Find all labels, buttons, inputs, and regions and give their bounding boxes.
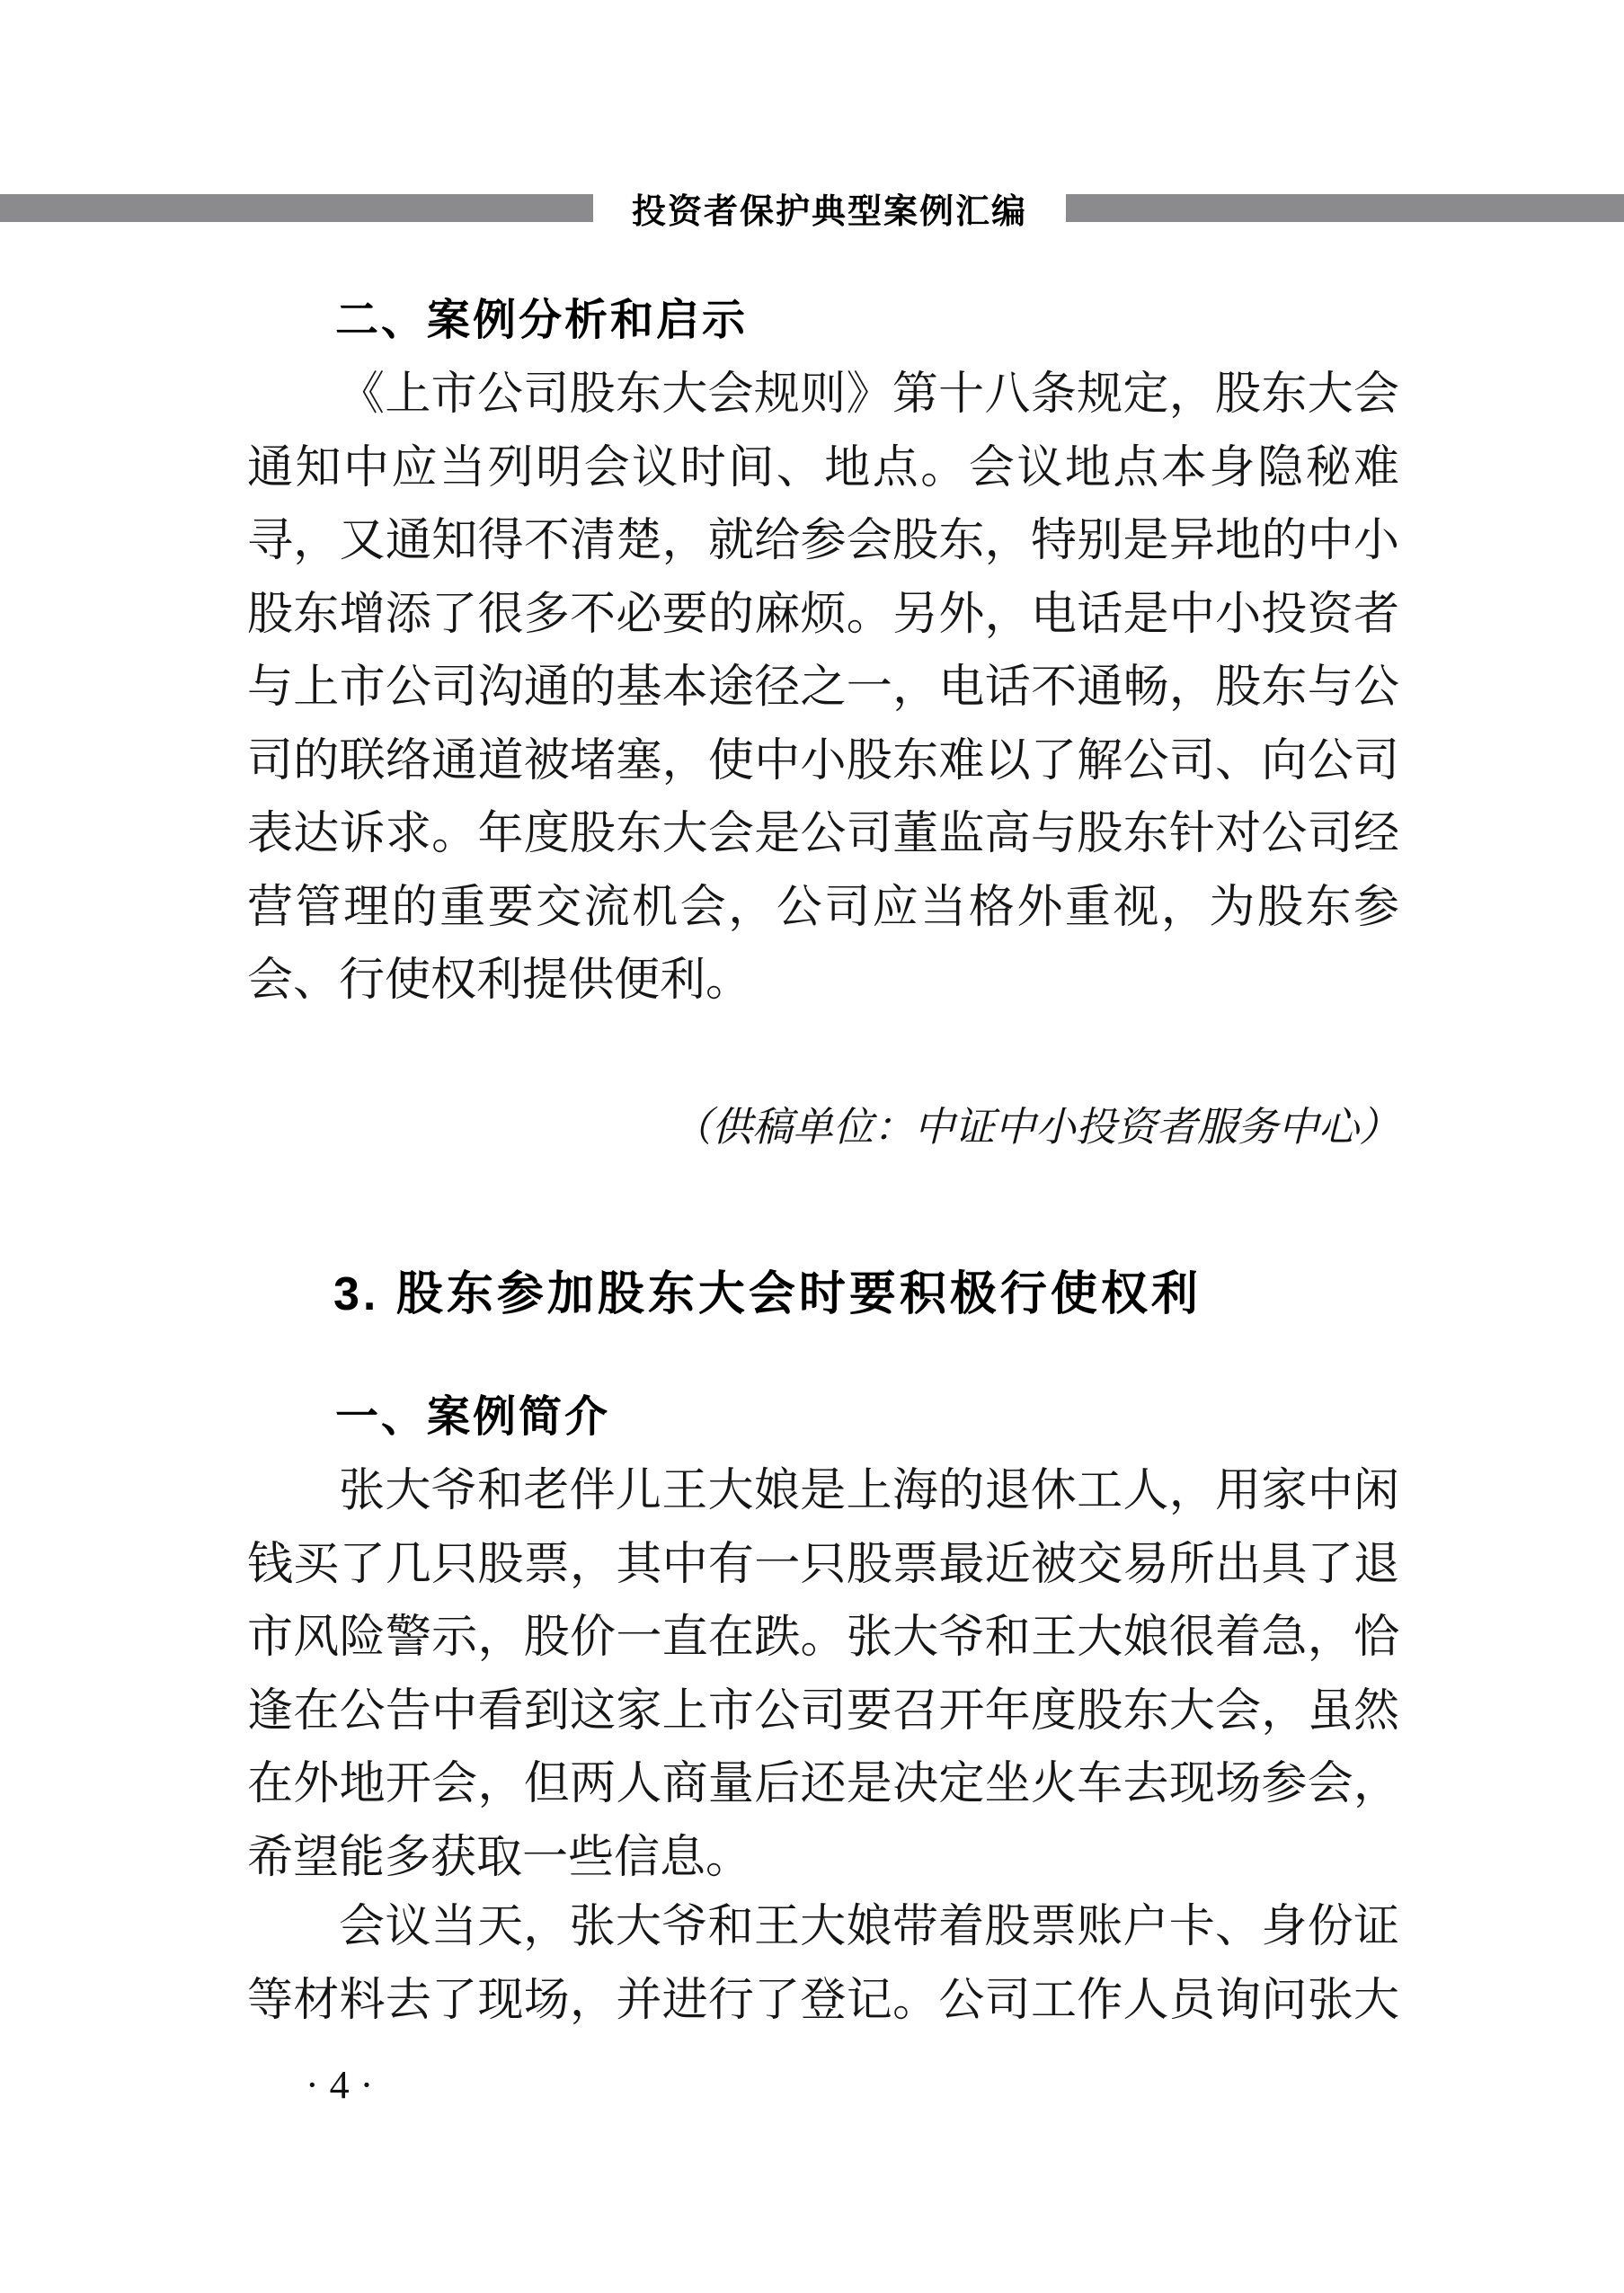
section-heading-analysis: 二、案例分析和启示 bbox=[247, 295, 1487, 347]
running-head-title: 投资者保护典型案例汇编 bbox=[593, 192, 1066, 232]
text-line: 寻，又通知得不清楚，就给参会股东，特别是异地的中小 bbox=[247, 505, 1399, 579]
text-line: 在外地开会，但两人商量后还是决定坐火车去现场参会， bbox=[247, 1748, 1399, 1822]
text-line: 希望能多获取一些信息。 bbox=[247, 1822, 1399, 1896]
text-line: 逢在公告中看到这家上市公司要召开年度股东大会，虽然 bbox=[247, 1675, 1399, 1749]
case-title: 3. 股东参加股东大会时要积极行使权利 bbox=[247, 1266, 1486, 1323]
text-line: 会、行使权利提供便利。 bbox=[247, 945, 1399, 1018]
text-line: 营管理的重要交流机会，公司应当格外重视，为股东参 bbox=[247, 872, 1399, 946]
page-number: ·4· bbox=[306, 2060, 384, 2111]
header-rule-right bbox=[1066, 194, 1624, 222]
text-line: 表达诉求。年度股东大会是公司董监高与股东针对公司经 bbox=[247, 798, 1399, 872]
text-line: 钱买了几只股票，其中有一只股票最近被交易所出具了退 bbox=[247, 1529, 1399, 1603]
text-line: 通知中应当列明会议时间、地点。会议地点本身隐秘难 bbox=[247, 432, 1399, 506]
text-line: 司的联络通道被堵塞，使中小股东难以了解公司、向公司 bbox=[247, 725, 1399, 799]
section-heading-intro: 一、案例简介 bbox=[247, 1391, 1487, 1444]
text-line: 会议当天，张大爷和王大娘带着股票账户卡、身份证 bbox=[247, 1891, 1399, 1965]
document-page: 投资者保护典型案例汇编 二、案例分析和启示 《上市公司股东大会规则》第十八条规定… bbox=[0, 0, 1624, 2293]
intro-paragraph-2: 会议当天，张大爷和王大娘带着股票账户卡、身份证等材料去了现场，并进行了登记。公司… bbox=[247, 1891, 1399, 2038]
text-line: 股东增添了很多不必要的麻烦。另外，电话是中小投资者 bbox=[247, 579, 1399, 653]
intro-paragraph-1: 张大爷和老伴儿王大娘是上海的退休工人，用家中闲钱买了几只股票，其中有一只股票最近… bbox=[247, 1455, 1399, 1895]
analysis-paragraph: 《上市公司股东大会规则》第十八条规定，股东大会通知中应当列明会议时间、地点。会议… bbox=[247, 359, 1399, 1018]
header-rule-left bbox=[0, 194, 593, 222]
text-line: 市风险警示，股价一直在跌。张大爷和王大娘很着急，恰 bbox=[247, 1602, 1399, 1675]
text-line: 《上市公司股东大会规则》第十八条规定，股东大会 bbox=[247, 359, 1399, 432]
text-line: 与上市公司沟通的基本途径之一，电话不通畅，股东与公 bbox=[247, 652, 1399, 725]
text-line: 等材料去了现场，并进行了登记。公司工作人员询问张大 bbox=[247, 1965, 1399, 2039]
text-line: 张大爷和老伴儿王大娘是上海的退休工人，用家中闲 bbox=[247, 1455, 1399, 1529]
attribution-line: （供稿单位：中证中小投资者服务中心） bbox=[247, 1091, 1399, 1165]
